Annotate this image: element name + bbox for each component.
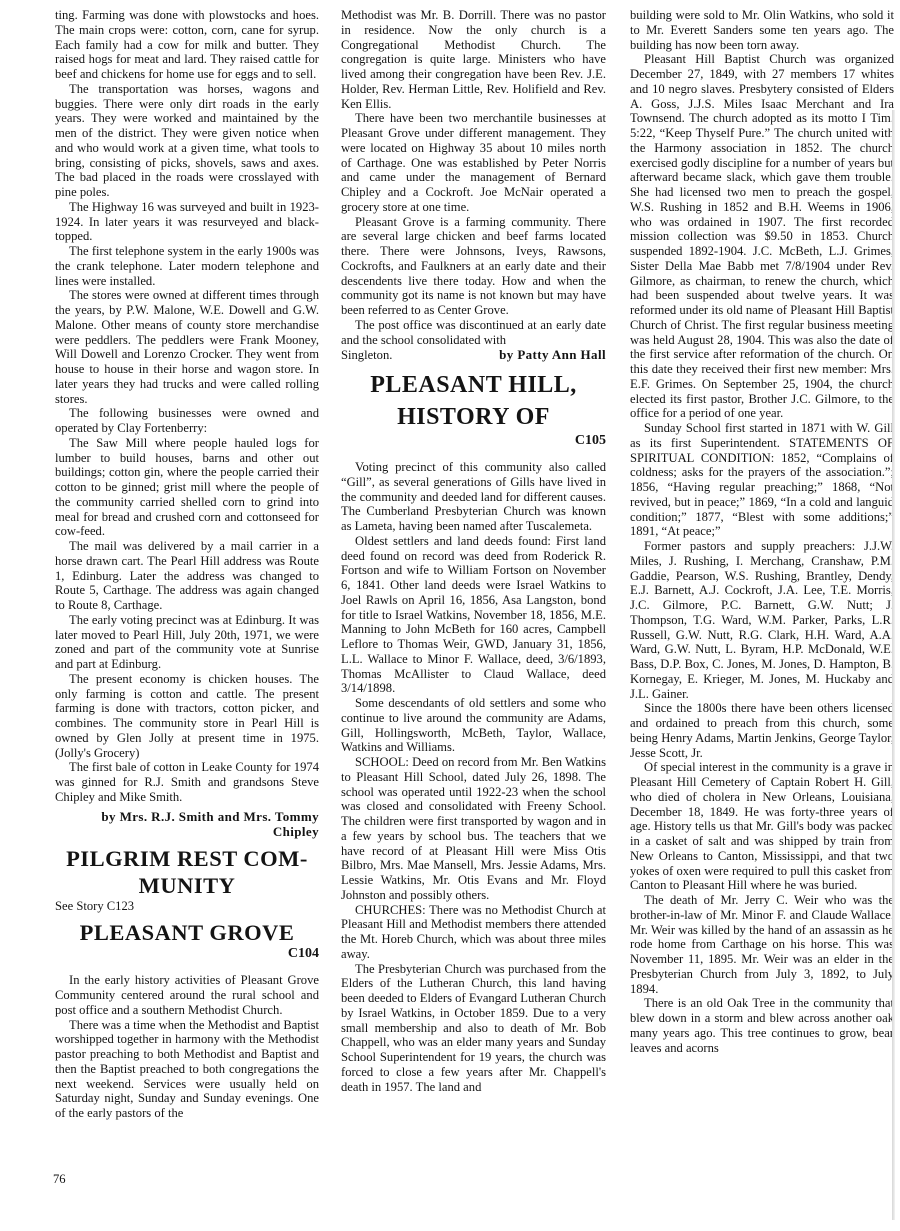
- heading-line-1: PLEASANT HILL,: [341, 369, 606, 401]
- paragraph: The death of Mr. Jerry C. Weir who was t…: [630, 893, 894, 996]
- byline-patty-ann-hall: by Patty Ann Hall: [499, 347, 606, 362]
- paragraph: building were sold to Mr. Olin Watkins, …: [630, 8, 894, 52]
- see-story-reference: See Story C123: [55, 899, 319, 914]
- paragraph: There was a time when the Methodist and …: [55, 1018, 319, 1121]
- paragraph: The stores were owned at different times…: [55, 288, 319, 406]
- paragraph: Pleasant Grove is a farming community. T…: [341, 215, 606, 318]
- paragraph: The Saw Mill where people hauled logs fo…: [55, 436, 319, 539]
- paragraph: Methodist was Mr. B. Dorrill. There was …: [341, 8, 606, 111]
- paragraph: Since the 1800s there have been others l…: [630, 701, 894, 760]
- paragraph: Oldest settlers and land deeds found: Fi…: [341, 534, 606, 696]
- heading-line-2: HISTORY OF: [341, 401, 606, 433]
- heading-pleasant-hill: PLEASANT HILL, HISTORY OF: [341, 369, 606, 433]
- paragraph: CHURCHES: There was no Methodist Church …: [341, 903, 606, 962]
- byline-line-1: by Mrs. R.J. Smith and Mrs. Tommy: [55, 809, 319, 824]
- heading-line-2: MUNITY: [55, 872, 319, 899]
- heading-pilgrim-rest: PILGRIM REST COM- MUNITY: [55, 845, 319, 899]
- heading-pleasant-grove: PLEASANT GROVE: [55, 919, 319, 946]
- paragraph: In the early history activities of Pleas…: [55, 973, 319, 1017]
- paragraph: Sunday School first started in 1871 with…: [630, 421, 894, 539]
- paragraph: Pleasant Hill Baptist Church was organiz…: [630, 52, 894, 421]
- paragraph: The present economy is chicken houses. T…: [55, 672, 319, 761]
- heading-line-1: PILGRIM REST COM-: [55, 845, 319, 872]
- paragraph: The post office was discontinued at an e…: [341, 318, 606, 348]
- byline-smith-chipley: by Mrs. R.J. Smith and Mrs. Tommy Chiple…: [55, 809, 319, 839]
- paragraph: The early voting precinct was at Edinbur…: [55, 613, 319, 672]
- paragraph: Voting precinct of this community also c…: [341, 460, 606, 534]
- paragraph: There is an old Oak Tree in the communit…: [630, 996, 894, 1055]
- paragraph: The first telephone system in the early …: [55, 244, 319, 288]
- paragraph: Of special interest in the community is …: [630, 760, 894, 893]
- story-code: C104: [55, 946, 319, 961]
- paragraph: Former pastors and supply preachers: J.J…: [630, 539, 894, 701]
- closing-line-with-byline: Singleton. by Patty Ann Hall: [341, 347, 606, 363]
- paragraph: ting. Farming was done with plowstocks a…: [55, 8, 319, 82]
- paragraph: The Presbyterian Church was purchased fr…: [341, 962, 606, 1095]
- column-1: ting. Farming was done with plowstocks a…: [55, 8, 319, 1121]
- paragraph: Some descendants of old settlers and som…: [341, 696, 606, 755]
- paragraph: The transportation was horses, wagons an…: [55, 82, 319, 200]
- paragraph: The Highway 16 was surveyed and built in…: [55, 200, 319, 244]
- story-code: C105: [341, 433, 606, 448]
- paragraph: SCHOOL: Deed on record from Mr. Ben Watk…: [341, 755, 606, 903]
- paragraph-end: Singleton.: [341, 348, 392, 363]
- paragraph: The first bale of cotton in Leake County…: [55, 760, 319, 804]
- paragraph: There have been two merchantile business…: [341, 111, 606, 214]
- column-2: Methodist was Mr. B. Dorrill. There was …: [341, 8, 606, 1094]
- byline-line-2: Chipley: [55, 824, 319, 839]
- page-number: 76: [53, 1172, 66, 1187]
- paragraph: The mail was delivered by a mail carrier…: [55, 539, 319, 613]
- column-3: building were sold to Mr. Olin Watkins, …: [630, 8, 894, 1208]
- paragraph: The following businesses were owned and …: [55, 406, 319, 436]
- page-edge-shadow: [892, 110, 895, 1220]
